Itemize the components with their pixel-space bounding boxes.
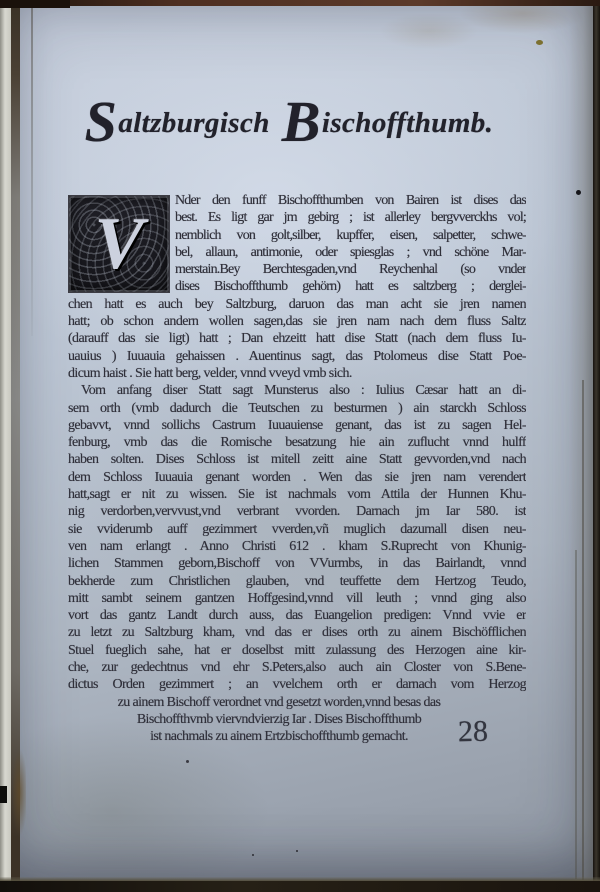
edge-notch [0, 786, 7, 803]
text-line: dicum haist . Sie hatt berg, velder, vnn… [68, 365, 526, 382]
paper-speck [296, 850, 298, 852]
photo-corner-top-left [0, 0, 70, 8]
text-line: (darauff das sie ligt) hatt ; Dan ehzeit… [68, 330, 526, 347]
paper-crease-line [31, 6, 33, 336]
text-line: sem orth (vmb dadurch die Teutschen zu b… [68, 400, 526, 417]
text-line: hatt,sagt er nit zu wissen. Sie ist nach… [68, 486, 526, 503]
paper-speck [252, 854, 254, 856]
text-line: sie vviderumb auff gezimmert vverden,vñ … [68, 521, 526, 538]
page-stack-line [582, 380, 584, 880]
text-line: nig verdorben,vervvust,vnd verbrant vvor… [68, 503, 526, 520]
drop-cap-letter: V [94, 207, 143, 281]
text-line: uauius ) Iuuauia gehaissen . Auentinus s… [68, 348, 526, 365]
fore-edge-shading [569, 0, 593, 892]
page-edge-left [0, 5, 11, 881]
text-line: ven nam erlangt . Anno Christi 612 . kha… [68, 538, 526, 555]
photo-edge-top [0, 0, 600, 6]
text-line: zu letzt zu Saltzburg kham, vnd das er d… [68, 624, 526, 641]
text-line: merstain.Bey Berchtesgaden,vnd Reychenha… [175, 261, 526, 278]
text-line: chen hatt es auch bey Saltzburg, daruon … [68, 296, 526, 313]
text-line: Vom anfang diser Statt sagt Munsterus al… [68, 382, 526, 399]
text-line: mitt sambt seinem gantzen Hoffgesind,vnn… [68, 590, 526, 607]
text-line: haben solten. Dises Schloss ist mitell z… [68, 451, 526, 468]
photo-edge-right [593, 0, 600, 892]
text-line: dises Bischoffthumb gehörn) hatt es salt… [175, 278, 526, 295]
title-word-2: ischoffthumb. [322, 107, 493, 139]
book-page: SaltzburgischBischoffthumb. V Nder den f… [6, 5, 593, 881]
paper-speck [536, 40, 543, 45]
text-line: lichen Stammen geborn,Bischoff von VVurm… [68, 555, 526, 572]
binding-stain [13, 735, 26, 850]
title-initial-s: S [85, 89, 118, 154]
text-line: dictus Orden gezimmert ; an vvelchem ort… [68, 676, 526, 693]
body-text: V Nder den funff Bischoffthumben von Bai… [68, 192, 526, 746]
page-number: 28 [442, 714, 505, 749]
text-line: Stuel fueglich sahe, hat er doselbst mit… [68, 642, 526, 659]
text-line: hatt; ob schon andern wollen sagen,das s… [68, 313, 526, 330]
text-line: Nder den funff Bischoffthumben von Baire… [175, 192, 526, 209]
text-line: gebavvt, vnnd sollichs Castrum Iuuauiens… [68, 417, 526, 434]
text-line: vort das gantz Landt durch auss, das Eua… [68, 607, 526, 624]
page-stack-line [575, 550, 577, 879]
book-photo: SaltzburgischBischoffthumb. V Nder den f… [0, 0, 600, 892]
text-line: bekherde zum Christlichen glauben, vnd t… [68, 573, 526, 590]
page-title: SaltzburgischBischoffthumb. [66, 91, 546, 155]
title-initial-b: B [282, 89, 321, 154]
title-word-1: altzburgisch [118, 107, 269, 139]
drop-cap-initial: V [68, 195, 170, 293]
text-line: bel, allaun, antimonie, oder spiesglas ;… [175, 244, 526, 261]
text-line: dem Schloss Iuuauia genant worden . Wen … [68, 469, 526, 486]
text-line: che, zur gedechtnus vnd ehr S.Peters,als… [68, 659, 526, 676]
text-line: best. Es ligt gar jm gebirg ; ist allerl… [175, 209, 526, 226]
photo-edge-bottom [0, 881, 600, 892]
paper-speck [576, 190, 581, 195]
text-line: nemblich von golt,silber, kupffer, eisen… [175, 227, 526, 244]
text-line: fenburg, vmb das die Romische besatzung … [68, 434, 526, 451]
paper-speck [186, 760, 189, 763]
text-line: zu ainem Bischoff verordnet vnd gesetzt … [68, 694, 526, 711]
